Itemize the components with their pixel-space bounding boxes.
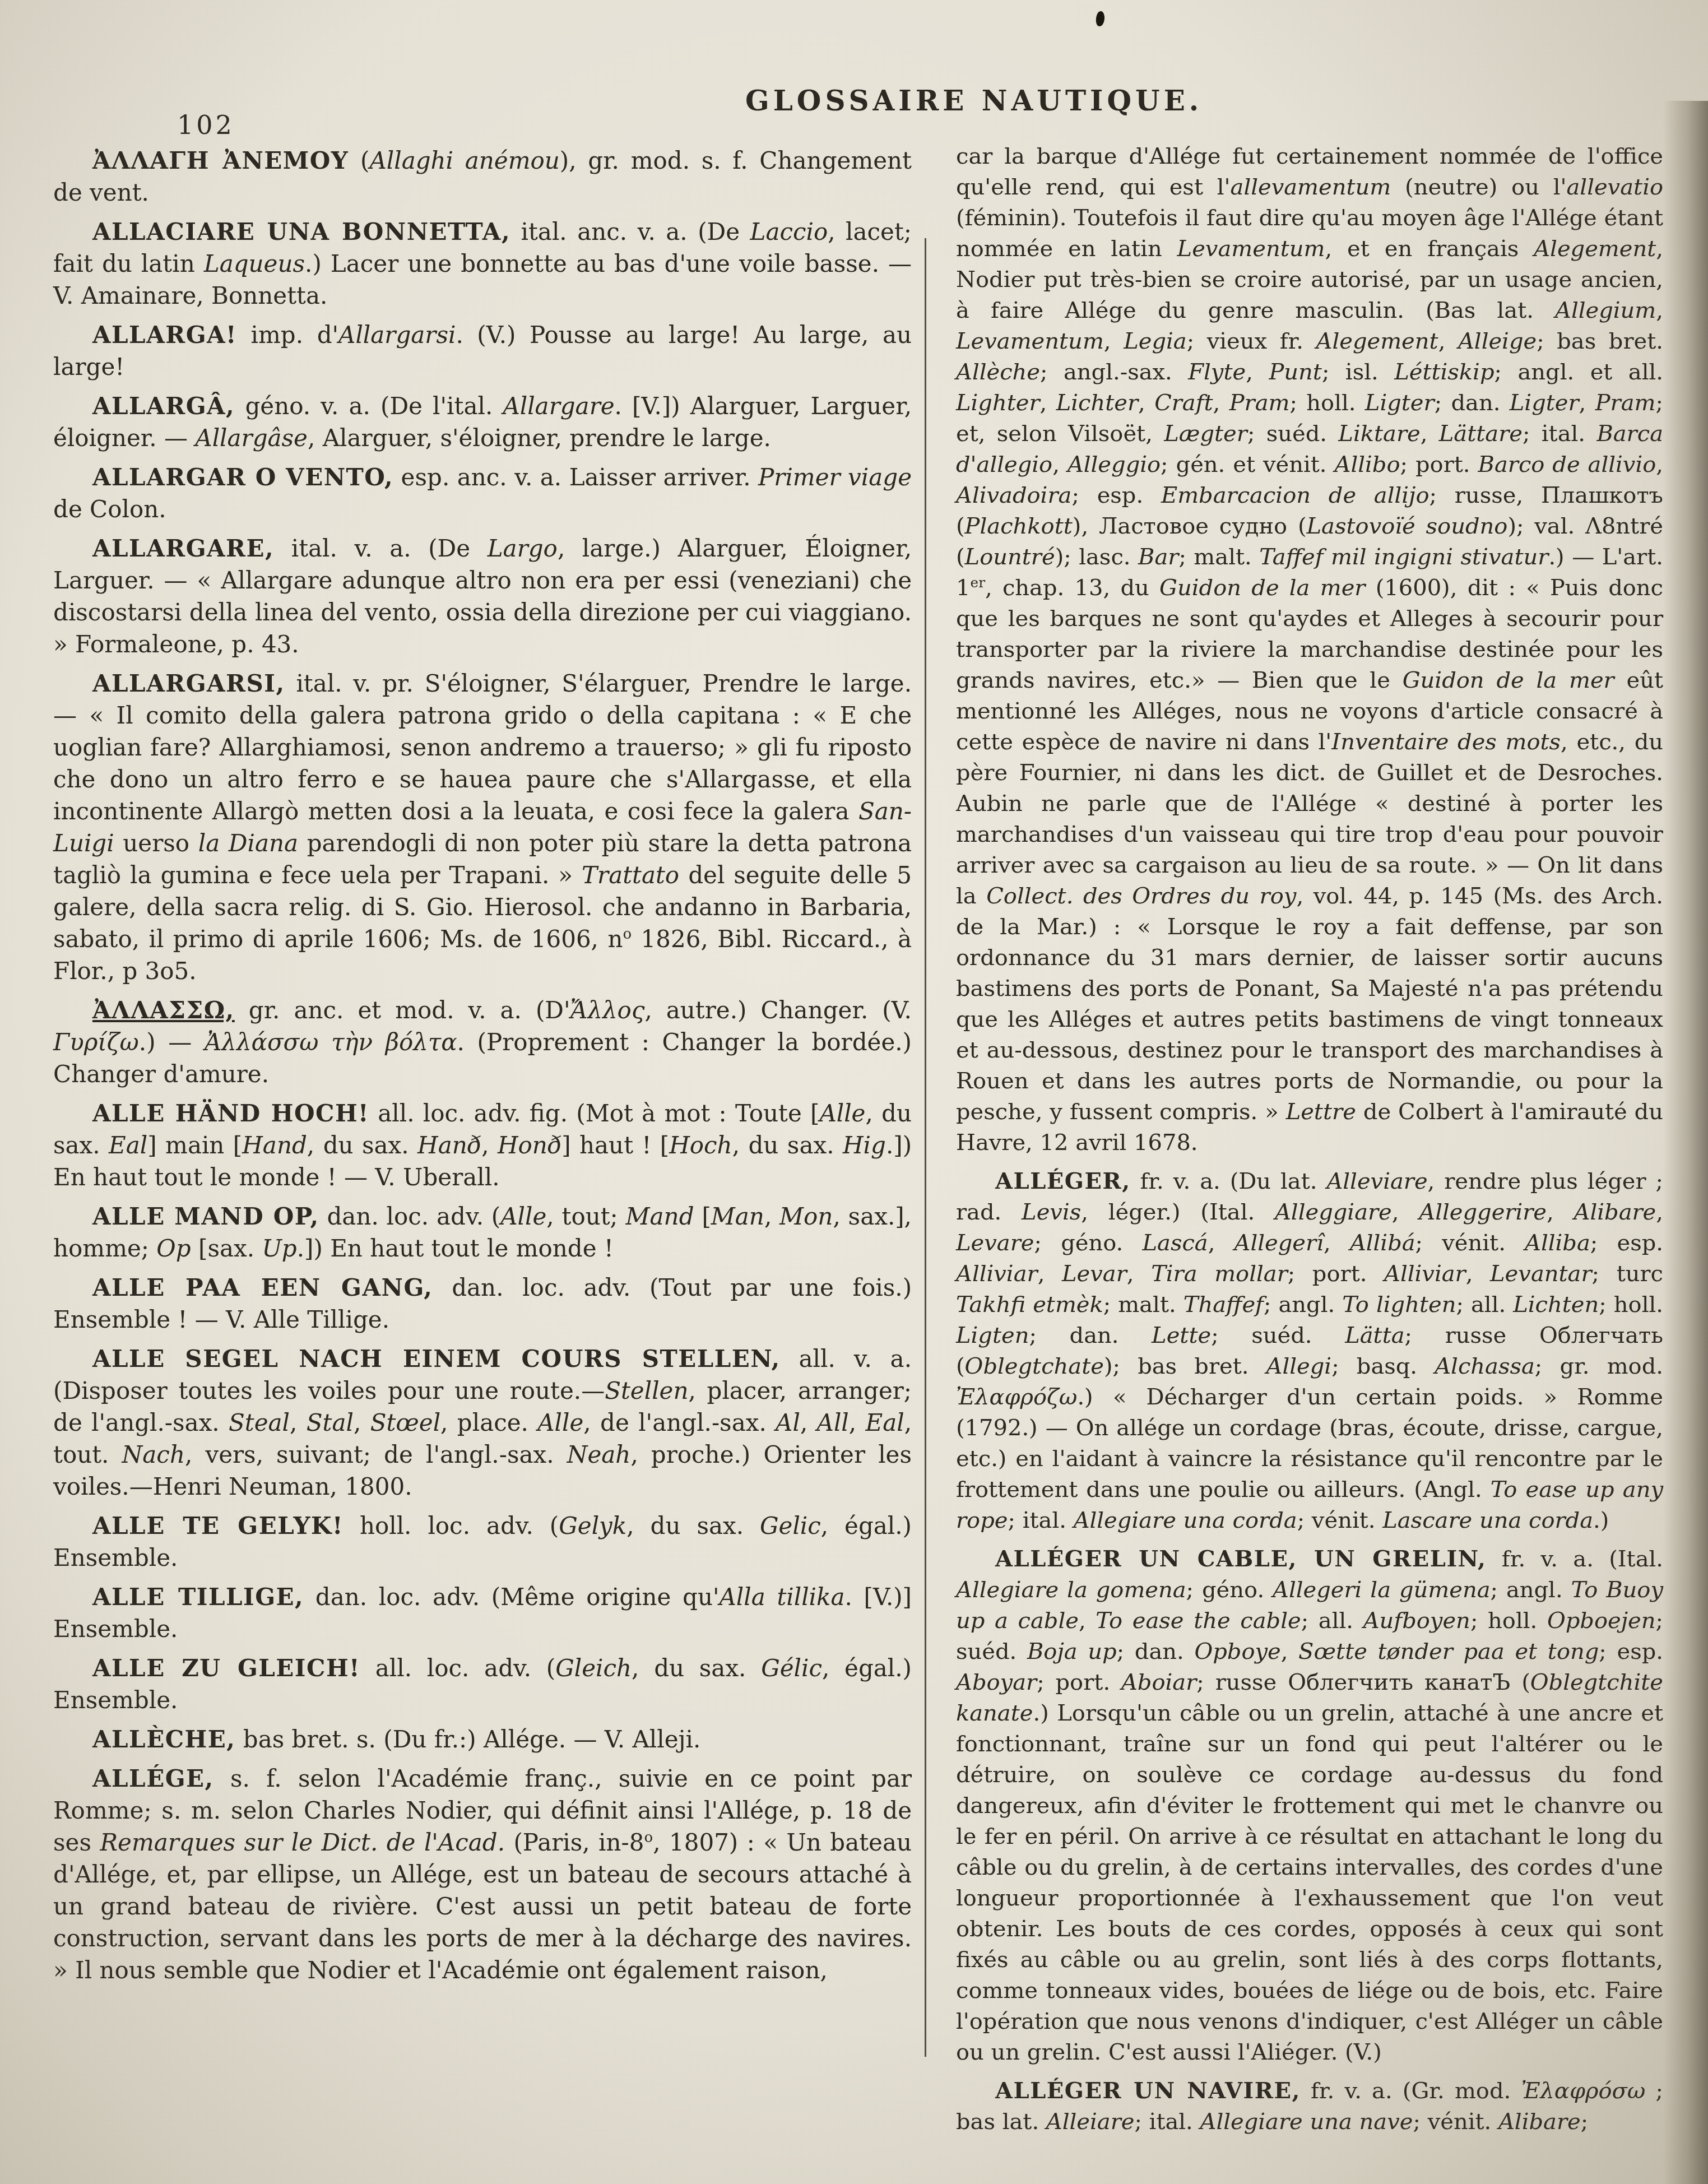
ink-speck (1095, 11, 1106, 27)
right-column: car la barque d'Allége fut certainement … (956, 141, 1663, 2145)
page-edge-shadow (1663, 101, 1708, 2184)
dictionary-entry: ALLARGA! imp. d'Allargarsi. (V.) Pousse … (53, 319, 912, 383)
column-divider-rule (925, 238, 926, 2057)
entry-headword: ALLARGAR O VENTO, (92, 463, 393, 491)
entry-headword: ALLARGÂ, (92, 392, 235, 420)
dictionary-entry: ALLE TILLIGE, dan. loc. adv. (Même origi… (53, 1581, 912, 1645)
entry-headword: ALLÈCHE, (92, 1726, 235, 1753)
entry-headword: ἈΛΛΑΓΗ ἈΝΕΜΟΥ (92, 147, 349, 174)
left-column: ἈΛΛΑΓΗ ἈΝΕΜΟΥ (Allaghi anémou), gr. mod.… (53, 145, 912, 1993)
dictionary-entry: car la barque d'Allége fut certainement … (956, 141, 1663, 1158)
dictionary-entry: ALLARGARE, ital. v. a. (De Largo, large.… (53, 532, 912, 660)
dictionary-entry: ALLARGARSI, ital. v. pr. S'éloigner, S'é… (53, 667, 912, 987)
entry-headword: ALLE TILLIGE, (92, 1583, 304, 1611)
dictionary-entry: ALLE HÄND HOCH! all. loc. adv. fig. (Mot… (53, 1097, 912, 1193)
dictionary-entry: ALLÉGER UN NAVIRE, fr. v. a. (Gr. mod. Ἐ… (956, 2075, 1663, 2137)
dictionary-entry: ALLACIARE UNA BONNETTA, ital. anc. v. a.… (53, 216, 912, 312)
entry-headword: ALLARGARE, (92, 535, 274, 562)
scanned-page: { "colors": { "paper": "#e5e1d5", "ink":… (0, 0, 1708, 2184)
dictionary-entry: ALLÉGER, fr. v. a. (Du lat. Alleviare, r… (956, 1166, 1663, 1536)
entry-headword: ALLÉGE, (92, 1765, 214, 1792)
running-header: GLOSSAIRE NAUTIQUE. (745, 84, 1203, 117)
entry-headword: ALLARGA! (92, 321, 237, 349)
dictionary-entry: ἈΛΛΑΓΗ ἈΝΕΜΟΥ (Allaghi anémou), gr. mod.… (53, 145, 912, 208)
page-number: 102 (177, 110, 235, 140)
entry-headword: ALLÉGER UN CABLE, UN GRELIN, (995, 1546, 1487, 1572)
dictionary-entry: ALLE TE GELYK! holl. loc. adv. (Gelyk, d… (53, 1510, 912, 1574)
entry-headword: ALLÉGER UN NAVIRE, (995, 2078, 1301, 2104)
entry-headword: ALLACIARE UNA BONNETTA, (92, 218, 510, 245)
dictionary-entry: ἈΛΛΑΣΣΩ, gr. anc. et mod. v. a. (D'Ἄλλος… (53, 994, 912, 1090)
entry-headword: ALLE MAND OP, (92, 1203, 319, 1230)
entry-headword: ALLE HÄND HOCH! (92, 1100, 369, 1127)
entry-headword: ALLE SEGEL NACH EINEM COURS STELLEN, (92, 1345, 781, 1372)
dictionary-entry: ALLE MAND OP, dan. loc. adv. (Alle, tout… (53, 1200, 912, 1264)
dictionary-entry: ALLÉGE, s. f. selon l'Académie franç., s… (53, 1763, 912, 1986)
dictionary-entry: ALLE SEGEL NACH EINEM COURS STELLEN, all… (53, 1343, 912, 1503)
entry-headword: ALLÉGER, (995, 1168, 1131, 1194)
dictionary-entry: ALLÉGER UN CABLE, UN GRELIN, fr. v. a. (… (956, 1543, 1663, 2068)
dictionary-entry: ALLE ZU GLEICH! all. loc. adv. (Gleich, … (53, 1652, 912, 1716)
entry-headword: ALLE ZU GLEICH! (92, 1654, 360, 1682)
dictionary-entry: ALLE PAA EEN GANG, dan. loc. adv. (Tout … (53, 1272, 912, 1336)
entry-headword: ALLARGARSI, (92, 670, 285, 697)
entry-headword: ἈΛΛΑΣΣΩ, (92, 996, 235, 1024)
entry-headword: ALLE PAA EEN GANG, (92, 1274, 433, 1301)
dictionary-entry: ALLARGÂ, géno. v. a. (De l'ital. Allarga… (53, 390, 912, 454)
dictionary-entry: ALLARGAR O VENTO, esp. anc. v. a. Laisse… (53, 461, 912, 525)
entry-headword: ALLE TE GELYK! (92, 1512, 344, 1540)
dictionary-entry: ALLÈCHE, bas bret. s. (Du fr.:) Allége. … (53, 1723, 912, 1755)
